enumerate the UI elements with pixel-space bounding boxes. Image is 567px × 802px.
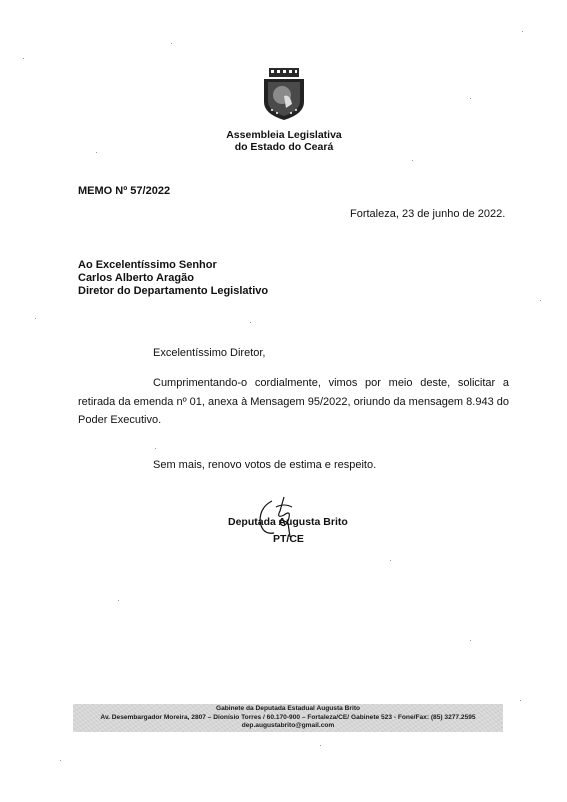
org-line-1: Assembleia Legislativa <box>200 129 368 141</box>
signatory-party: PT/CE <box>273 533 304 545</box>
signatory-name: Deputada Augusta Brito <box>228 516 348 528</box>
body-paragraph: Cumprimentando-o cordialmente, vimos por… <box>78 374 509 430</box>
organization-name: Assembleia Legislativa do Estado do Cear… <box>200 129 368 153</box>
recipient-line-1: Ao Excelentíssimo Senhor <box>78 259 268 272</box>
ceara-coat-of-arms-icon <box>260 66 308 122</box>
footer-line-2: Av. Desembargador Moreira, 2807 – Dionís… <box>73 714 503 723</box>
date-line: Fortaleza, 23 de junho de 2022. <box>350 208 505 220</box>
body-line-1: Cumprimentando-o cordialmente, vimos por… <box>78 374 509 393</box>
footer-email: dep.augustabrito@gmail.com <box>73 722 503 731</box>
recipient-block: Ao Excelentíssimo Senhor Carlos Alberto … <box>78 259 268 298</box>
org-line-2: do Estado do Ceará <box>200 141 368 153</box>
memo-number: MEMO Nº 57/2022 <box>78 185 170 197</box>
letterhead-footer: Gabinete da Deputada Estadual Augusta Br… <box>73 704 503 732</box>
footer-line-1: Gabinete da Deputada Estadual Augusta Br… <box>73 705 503 714</box>
recipient-line-2: Carlos Alberto Aragão <box>78 272 268 285</box>
salutation: Excelentíssimo Diretor, <box>153 347 265 359</box>
recipient-line-3: Diretor do Departamento Legislativo <box>78 285 268 298</box>
body-rest: retirada da emenda nº 01, anexa à Mensag… <box>78 396 509 427</box>
closing: Sem mais, renovo votos de estima e respe… <box>153 459 376 471</box>
